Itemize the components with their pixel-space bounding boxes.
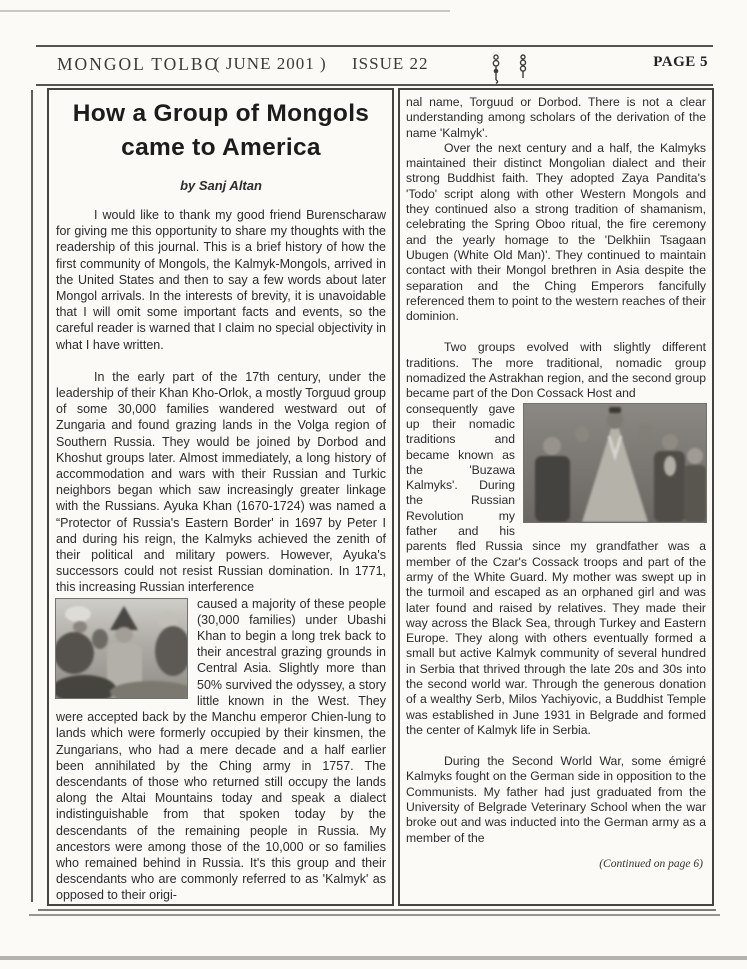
paragraph-continued-from-left: nal name, Torguud or Dorbod. There is no…: [406, 95, 706, 141]
scan-artifact-left-line: [31, 90, 33, 902]
kalmyk-group-photo: [524, 404, 706, 522]
paragraph-history-continued: caused a majority of these people (30,00…: [56, 596, 386, 904]
article-title-line2: came to America: [56, 131, 386, 165]
scan-artifact-top-line: [0, 10, 450, 12]
kalmyk-family-photo: [56, 599, 187, 698]
article-title: How a Group of Mongols came to America: [56, 97, 386, 165]
article-byline: by Sanj Altan: [56, 178, 386, 193]
scan-artifact-bottom-edge: [0, 956, 747, 960]
left-column: How a Group of Mongols came to America b…: [47, 88, 394, 906]
bottom-rule-2: [29, 914, 720, 916]
article-title-line1: How a Group of Mongols: [56, 97, 386, 131]
right-column: nal name, Torguud or Dorbod. There is no…: [398, 88, 714, 906]
page-header: MONGOL TOLBO ( JUNE 2001 ) ISSUE 22 PAGE…: [36, 45, 713, 86]
paragraph-intro: I would like to thank my good friend Bur…: [56, 207, 386, 353]
mongolian-script-icon: [518, 54, 528, 85]
newsletter-page: MONGOL TOLBO ( JUNE 2001 ) ISSUE 22 PAGE…: [0, 0, 747, 969]
continuation-note: (Continued on page 6): [406, 858, 706, 870]
bottom-rule-1: [38, 909, 716, 911]
masthead-date: ( JUNE 2001 ): [214, 54, 327, 74]
paragraph-two-groups-continued: consequently gave up their nomadic tradi…: [406, 402, 706, 739]
paragraph-history: In the early part of the 17th century, u…: [56, 369, 386, 596]
masthead-title: MONGOL TOLBO: [57, 54, 219, 75]
page-number: PAGE 5: [653, 54, 708, 71]
paragraph-culture: Over the next century and a half, the Ka…: [406, 141, 706, 325]
masthead-issue: ISSUE 22: [352, 54, 428, 74]
paragraph-ww2: During the Second World War, some émigré…: [406, 754, 706, 846]
mongolian-script-icon: [491, 54, 501, 89]
paragraph-two-groups: Two groups evolved with slightly differe…: [406, 340, 706, 401]
